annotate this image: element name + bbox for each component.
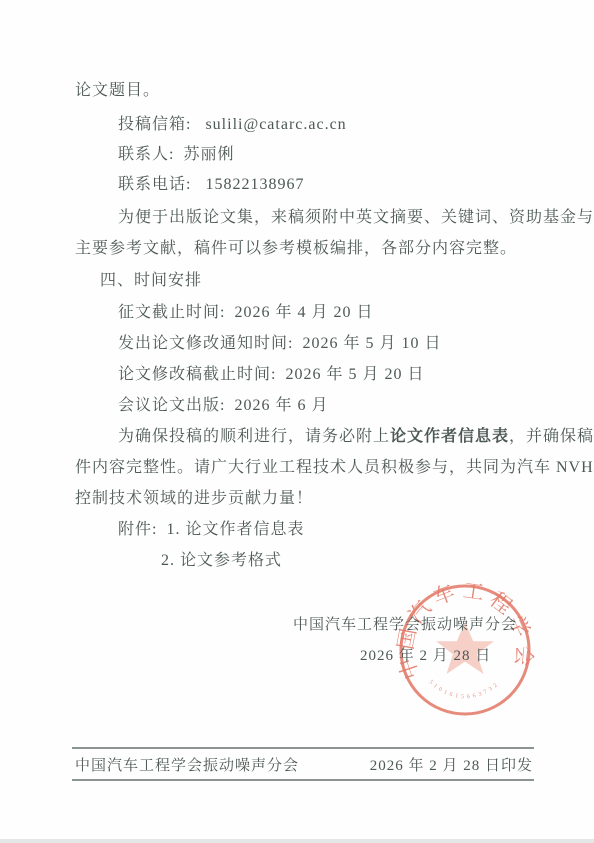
contact-person-label: 联系人: [118,146,174,163]
footer-print-date: 2026 年 2 月 28 日印发 [370,754,533,775]
schedule-item-value: 2026 年 6 月 [234,397,328,414]
contact-person-value: 苏丽俐 [183,146,234,163]
attachments-row: 附件:1. 论文作者信息表 [118,519,304,541]
schedule-item-deadline: 征文截止时间:2026 年 4 月 20 日 [118,302,373,324]
schedule-item-revision-deadline: 论文修改稿截止时间:2026 年 5 月 20 日 [118,364,424,386]
schedule-item-value: 2026 年 4 月 20 日 [234,304,373,321]
contact-email-label: 投稿信箱: [118,116,191,133]
footer-rule-bottom [72,779,534,781]
attachment-item-1: 1. 论文作者信息表 [166,521,304,538]
schedule-item-label: 论文修改稿截止时间: [118,366,276,383]
paragraph-format-line1: 为便于出版论文集，来稿须附中英文摘要、关键词、资助基金与 [118,207,594,229]
paragraph-closing-line3: 控制技术领域的进步贡献力量！ [75,488,313,510]
contact-email-row: 投稿信箱:sulili@catarc.ac.cn [118,114,347,136]
signature-org: 中国汽车工程学会振动噪声分会 [293,614,517,636]
closing-text-pre: 为确保投稿的顺利进行，请务必附上 [118,428,390,445]
attachment-item-2: 2. 论文参考格式 [161,550,282,572]
signature-date: 2026 年 2 月 28 日 [360,645,491,667]
attachments-label: 附件: [118,521,157,538]
paragraph-closing-line2: 件内容完整性。请广大行业工程技术人员积极参与，共同为汽车 NVH [75,457,594,479]
footer-org: 中国汽车工程学会振动噪声分会 [75,754,299,775]
page-scan-edge [0,839,594,843]
section-heading-schedule: 四、时间安排 [100,270,202,292]
seal-serial-number: 5101615663732 [427,679,498,700]
contact-phone-label: 联系电话: [118,176,191,193]
paragraph-opening: 论文题目。 [75,80,160,102]
paragraph-closing-line1: 为确保投稿的顺利进行，请务必附上论文作者信息表，并确保稿 [118,426,594,448]
footer-rule-top [72,747,534,749]
schedule-item-label: 征文截止时间: [118,304,225,321]
schedule-item-publication: 会议论文出版:2026 年 6 月 [118,395,328,417]
document-page: 论文题目。 投稿信箱:sulili@catarc.ac.cn 联系人:苏丽俐 联… [0,0,594,843]
closing-text-bold: 论文作者信息表 [390,428,509,445]
schedule-item-label: 发出论文修改通知时间: [118,335,293,352]
schedule-item-value: 2026 年 5 月 20 日 [285,366,424,383]
contact-phone-row: 联系电话:15822138967 [118,174,304,196]
svg-text:5101615663732: 5101615663732 [427,679,498,700]
schedule-item-value: 2026 年 5 月 10 日 [302,335,441,352]
contact-phone-value: 15822138967 [205,176,304,193]
contact-email-value: sulili@catarc.ac.cn [205,116,346,133]
contact-person-row: 联系人:苏丽俐 [118,144,234,166]
schedule-item-revision-notice: 发出论文修改通知时间:2026 年 5 月 10 日 [118,333,441,355]
schedule-item-label: 会议论文出版: [118,397,225,414]
paragraph-format-line2: 主要参考文献，稿件可以参考模板编排，各部分内容完整。 [75,238,517,260]
closing-text-post: ，并确保稿 [509,428,594,445]
